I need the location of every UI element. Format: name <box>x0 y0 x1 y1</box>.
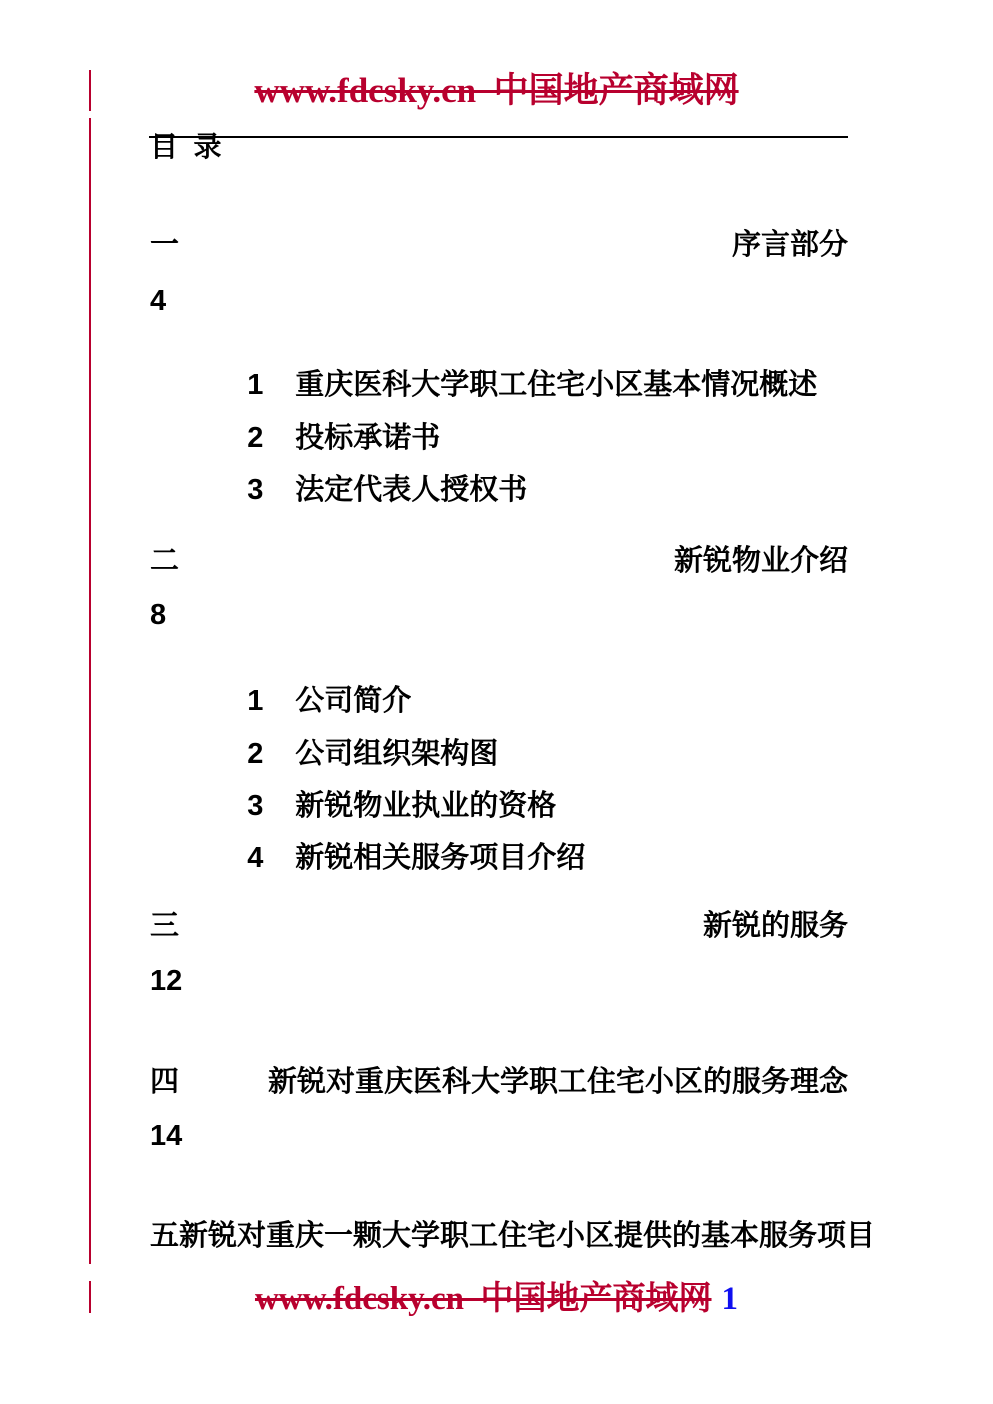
item-number: 4 <box>247 842 295 874</box>
section-title: 新锐对重庆医科大学职工住宅小区的服务理念 <box>268 1066 848 1098</box>
section-page-number: 4 <box>150 285 848 317</box>
section-title: 新锐的服务 <box>703 910 848 942</box>
section-numeral: 四 <box>150 1066 179 1098</box>
toc-item: 4新锐相关服务项目介绍 <box>150 810 913 906</box>
document-page: www.fdcsky.cn 中国地产商域网 目 录 一 序言部分 4 1重庆医科… <box>0 0 993 1404</box>
toc-section-row: 三 新锐的服务 <box>150 910 848 942</box>
section-numeral: 五 <box>150 1220 179 1252</box>
section-title: 新锐对重庆一颗大学职工住宅小区提供的基本服务项目 <box>179 1220 875 1252</box>
item-label: 法定代表人授权书 <box>295 474 527 506</box>
toc-section-row: 二 新锐物业介绍 <box>150 545 848 577</box>
toc-section-row: 四 新锐对重庆医科大学职工住宅小区的服务理念 <box>150 1066 848 1098</box>
header-watermark-text: www.fdcsky.cn 中国地产商域网 <box>254 71 738 110</box>
item-label: 新锐相关服务项目介绍 <box>295 842 585 874</box>
section-page-number: 8 <box>150 599 848 631</box>
footer-page-number: 1 <box>722 1281 739 1317</box>
footer-watermark: www.fdcsky.cn 中国地产商域网1 <box>0 1281 993 1317</box>
item-number: 3 <box>247 474 295 506</box>
section-numeral: 二 <box>150 545 179 577</box>
section-title: 序言部分 <box>732 229 848 261</box>
margin-line-body <box>89 118 91 1264</box>
toc-section-row: 一 序言部分 <box>150 229 848 261</box>
header-watermark: www.fdcsky.cn 中国地产商域网 <box>0 72 993 110</box>
toc-section-row: 五 新锐对重庆一颗大学职工住宅小区提供的基本服务项目 <box>150 1220 848 1252</box>
section-page-number: 14 <box>150 1120 848 1152</box>
section-numeral: 三 <box>150 910 179 942</box>
section-title: 新锐物业介绍 <box>674 545 848 577</box>
section-page-number: 12 <box>150 965 848 997</box>
toc-heading: 目 录 <box>150 131 848 163</box>
section-numeral: 一 <box>150 229 179 261</box>
footer-watermark-text: www.fdcsky.cn 中国地产商域网 <box>255 1281 712 1317</box>
toc-item: 3法定代表人授权书 <box>150 442 913 538</box>
